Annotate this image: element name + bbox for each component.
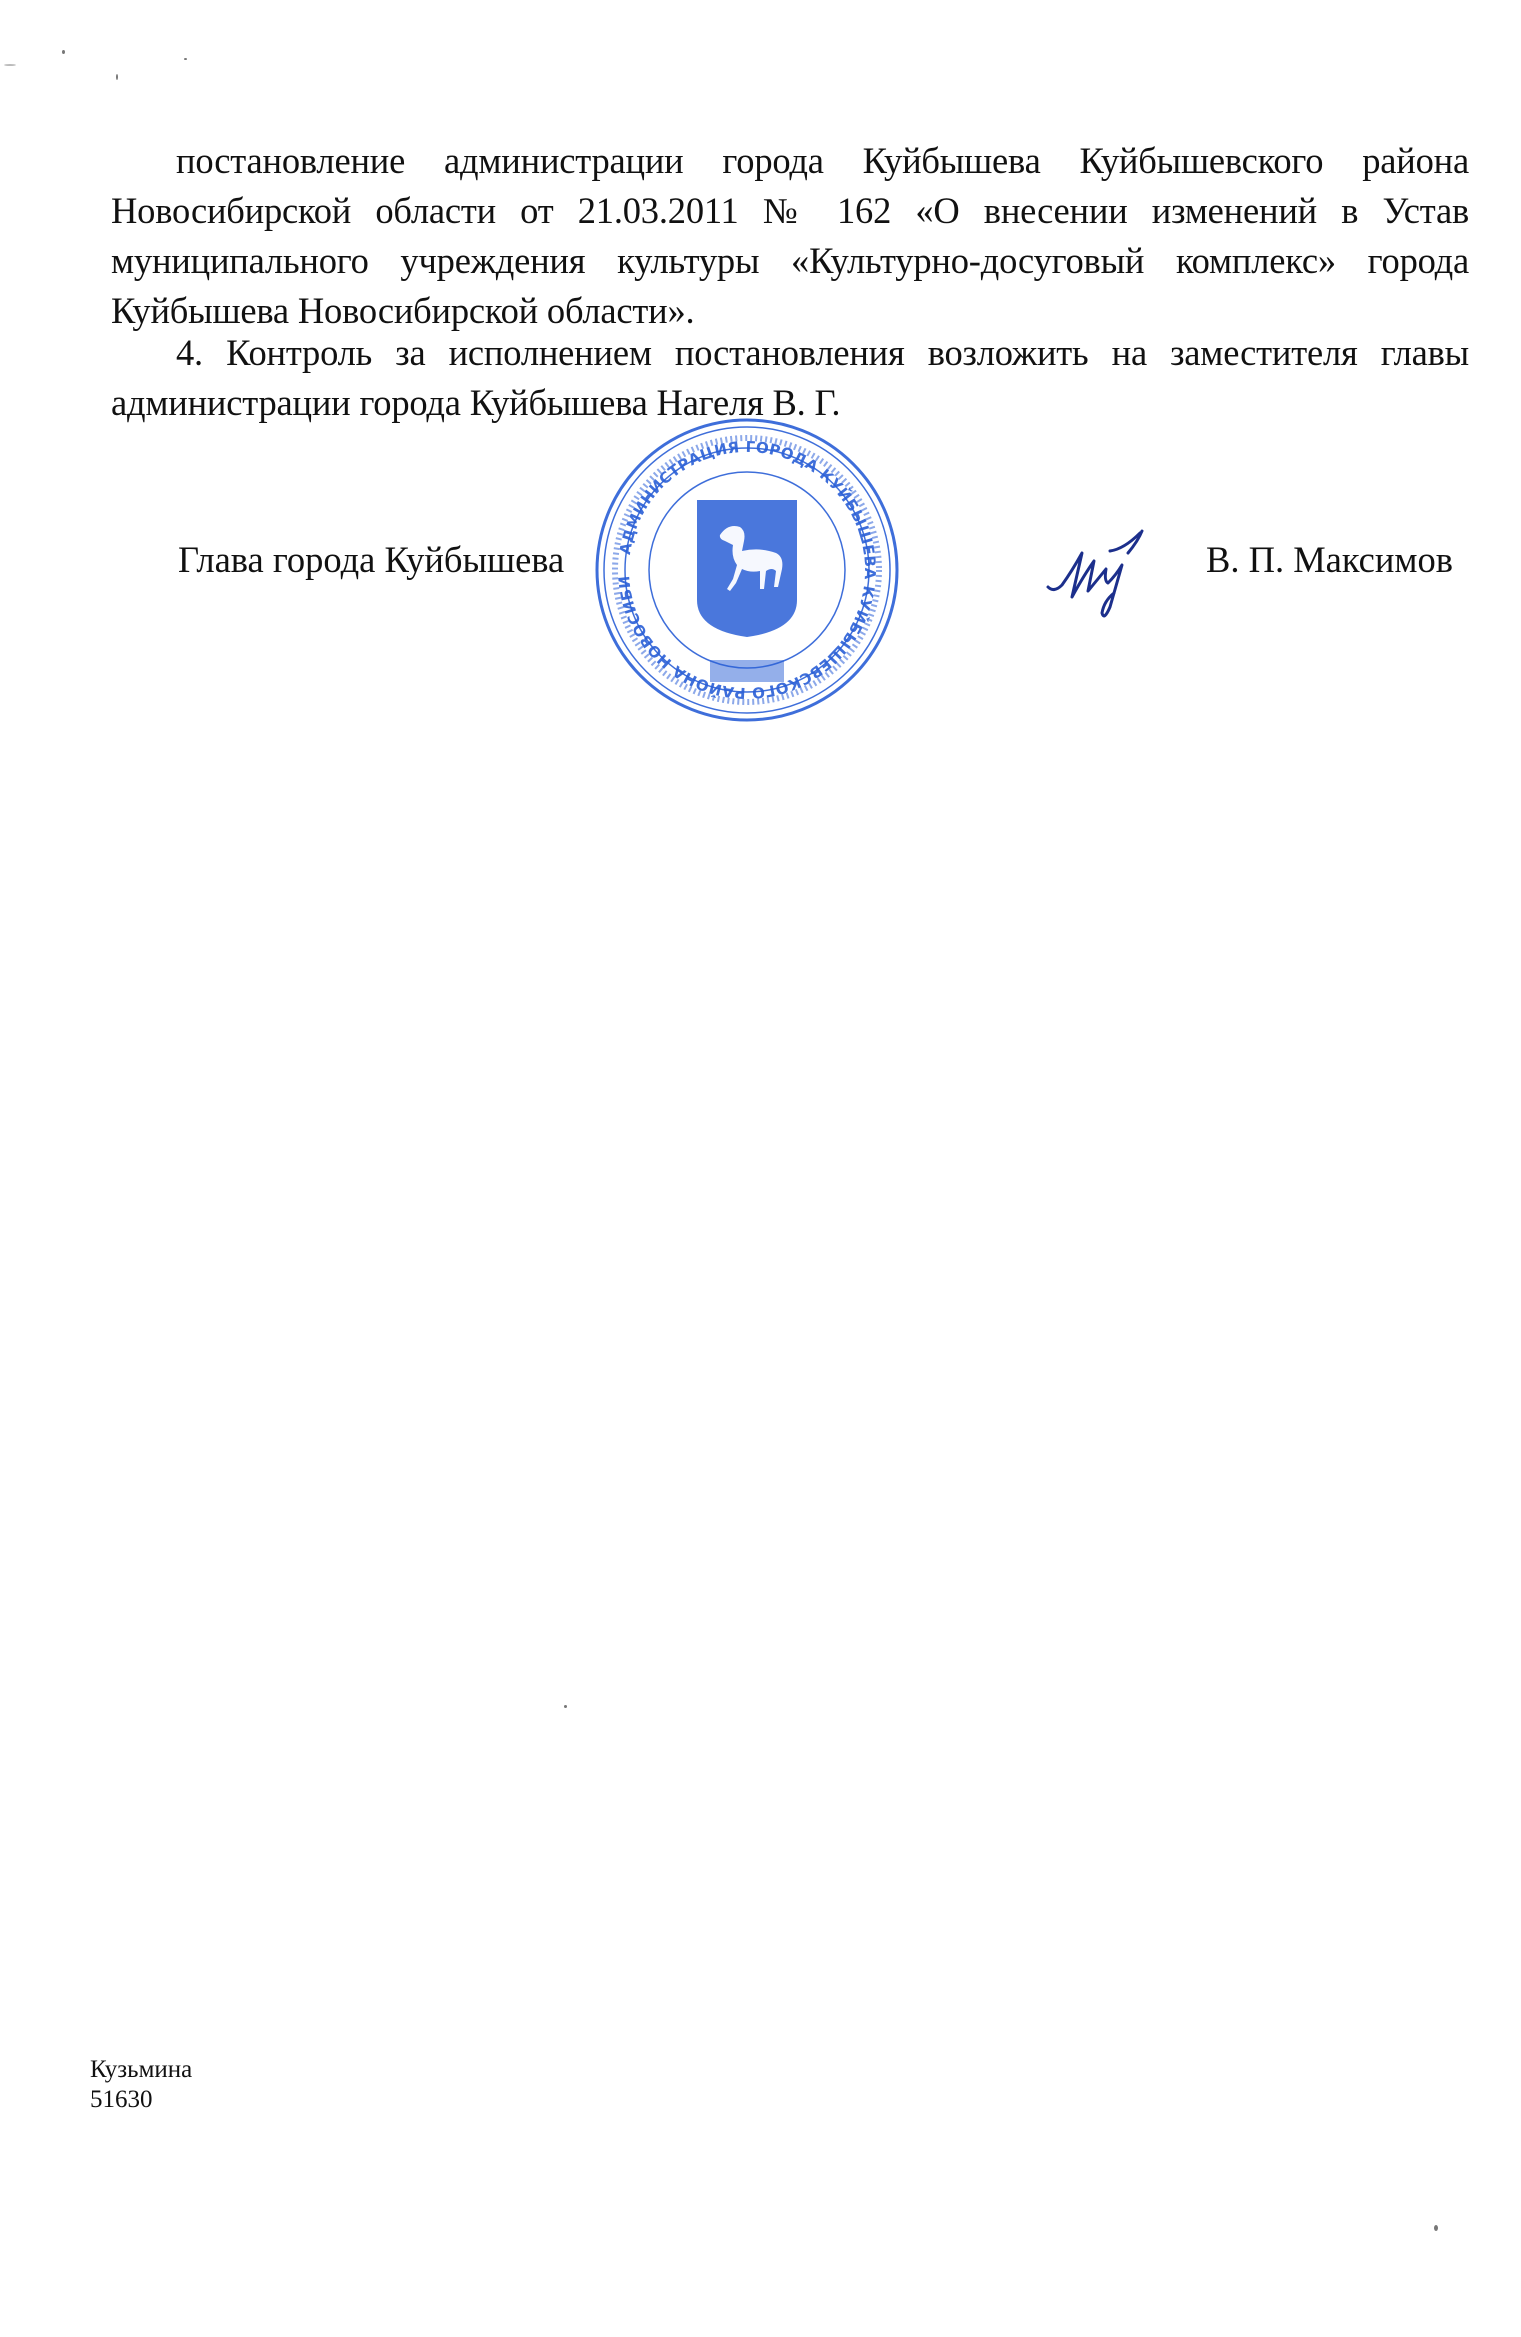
- document-footer: Кузьмина 51630: [90, 2055, 192, 2115]
- scan-speck: [1434, 2225, 1438, 2231]
- scan-speck: [184, 58, 187, 60]
- signatory-title: Глава города Куйбышева: [178, 535, 564, 585]
- paragraph-resolution-reference: постановление администрации города Куйбы…: [111, 136, 1469, 336]
- paragraph-control-clause: 4. Контроль за исполнением постановления…: [111, 328, 1469, 428]
- official-stamp: АДМИНИСТРАЦИЯ ГОРОДА КУЙБЫШЕВА КУЙБЫШЕВС…: [592, 415, 902, 725]
- paragraph-text: постановление администрации города Куйбы…: [111, 140, 1469, 331]
- signature-icon: [1040, 515, 1180, 630]
- paragraph-text: 4. Контроль за исполнением постановления…: [111, 332, 1469, 423]
- scan-speck: [4, 64, 16, 66]
- handwritten-signature: [1040, 515, 1180, 630]
- scan-speck: [62, 50, 65, 54]
- footer-author: Кузьмина: [90, 2055, 192, 2085]
- signatory-name: В. П. Максимов: [1206, 535, 1453, 585]
- footer-phone: 51630: [90, 2085, 192, 2115]
- scan-speck: [116, 74, 118, 80]
- stamp-icon: АДМИНИСТРАЦИЯ ГОРОДА КУЙБЫШЕВА КУЙБЫШЕВС…: [592, 415, 902, 725]
- scan-speck: [564, 1705, 567, 1708]
- document-page: постановление администрации города Куйбы…: [0, 0, 1521, 2337]
